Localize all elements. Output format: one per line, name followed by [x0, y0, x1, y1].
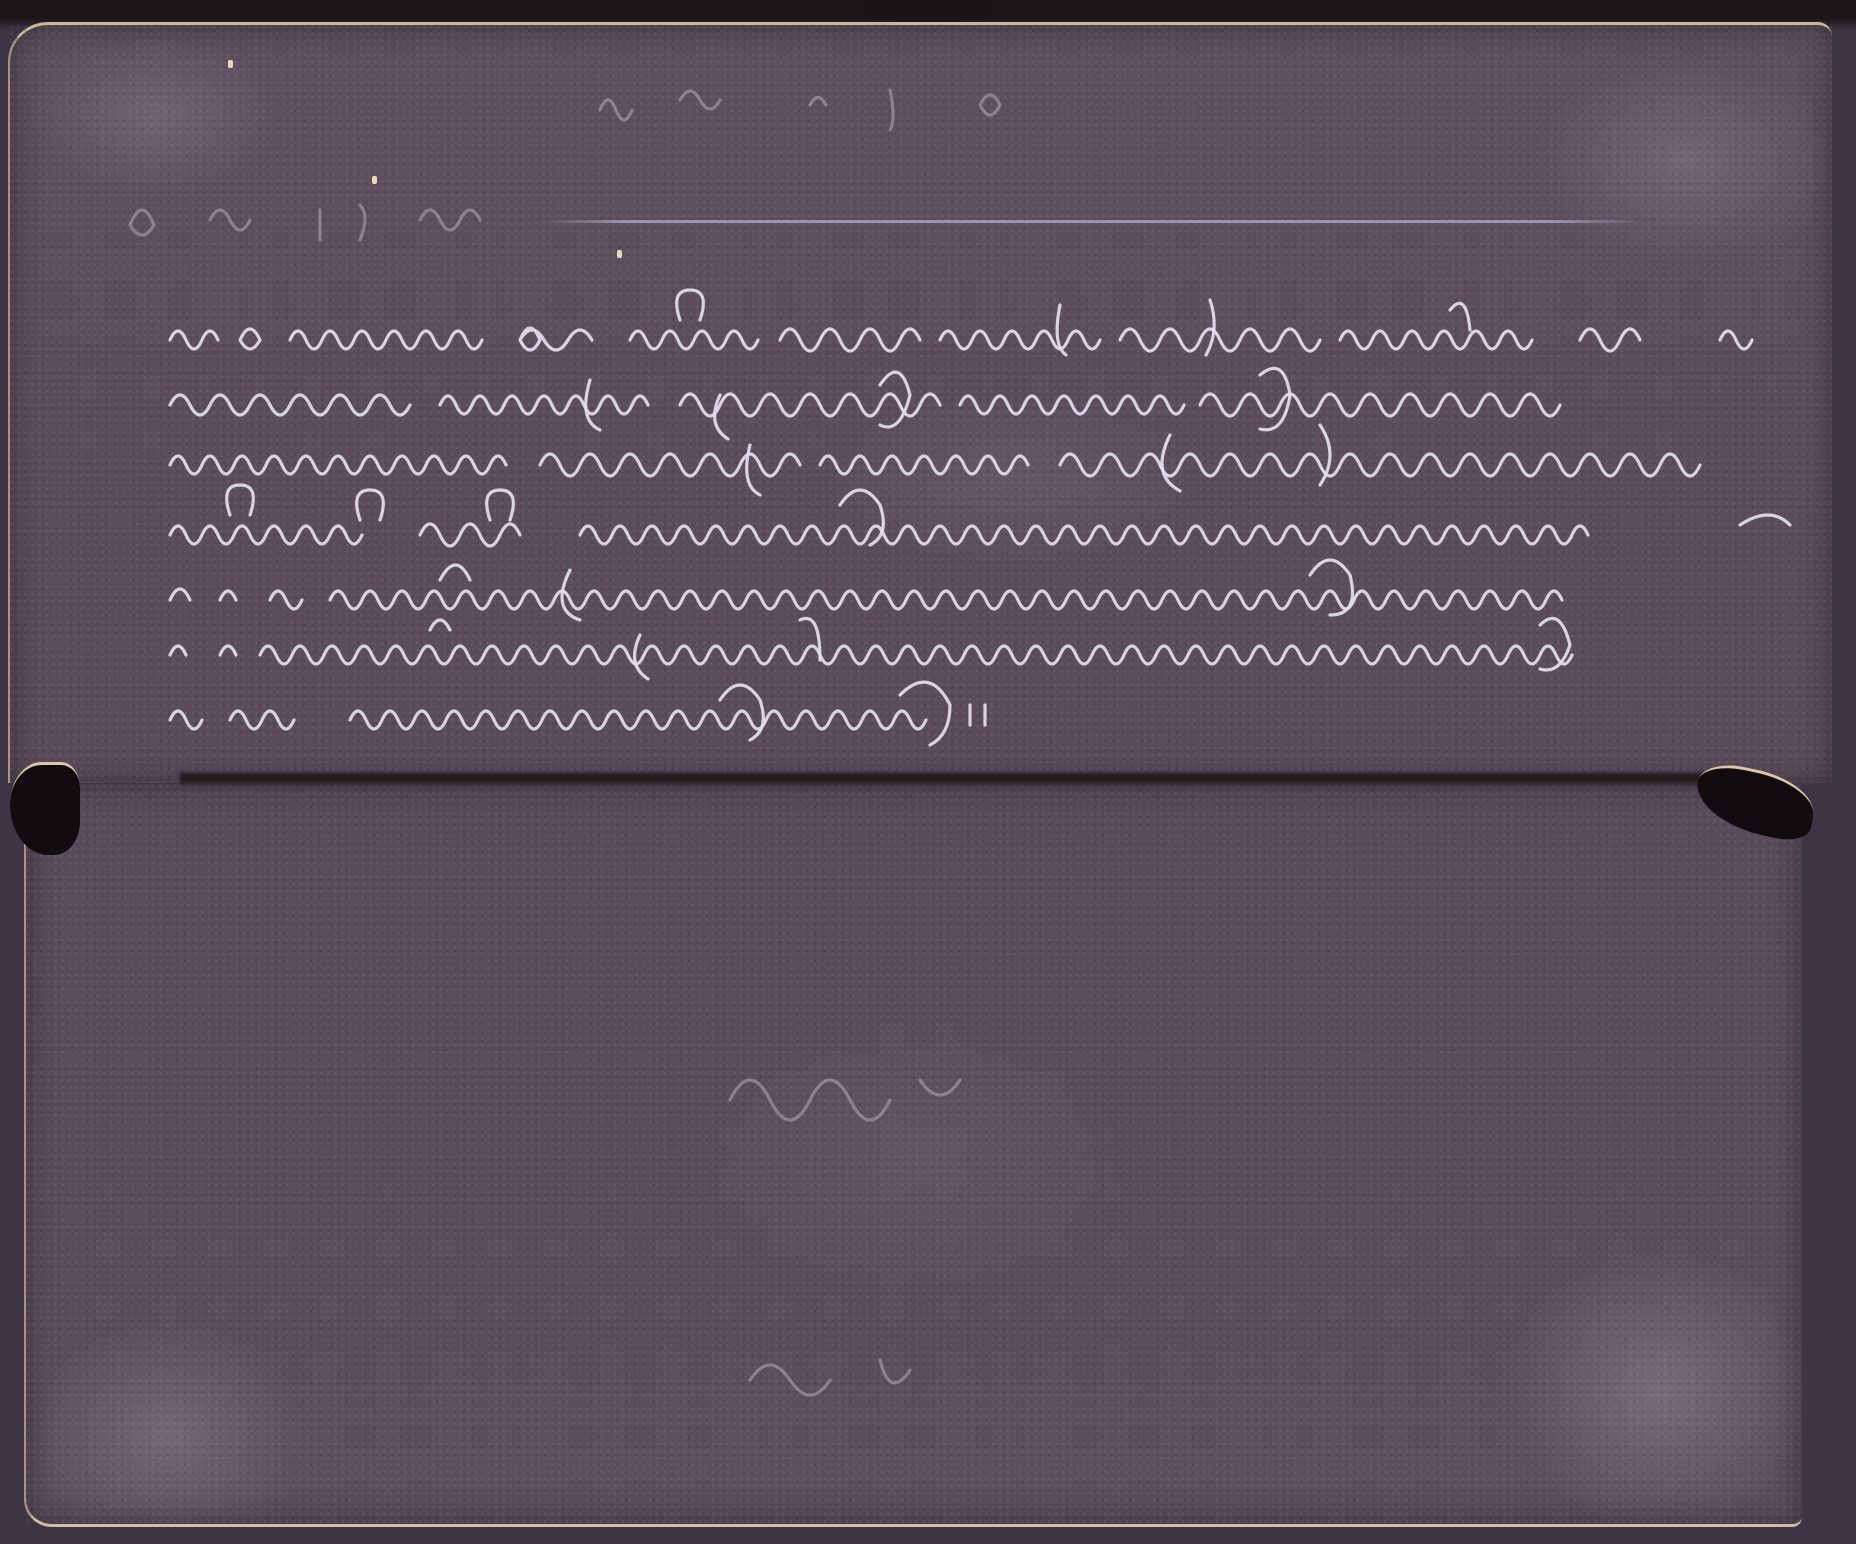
paper-fleck	[617, 250, 622, 258]
fold-crease	[180, 770, 1740, 788]
upper-folio: Burmese parabaik (folded manuscript) pho…	[8, 22, 1832, 783]
paper-fleck	[372, 176, 377, 184]
lower-folio: blank with faint erased ghost marks	[24, 784, 1802, 1527]
paper-fleck	[228, 60, 233, 68]
